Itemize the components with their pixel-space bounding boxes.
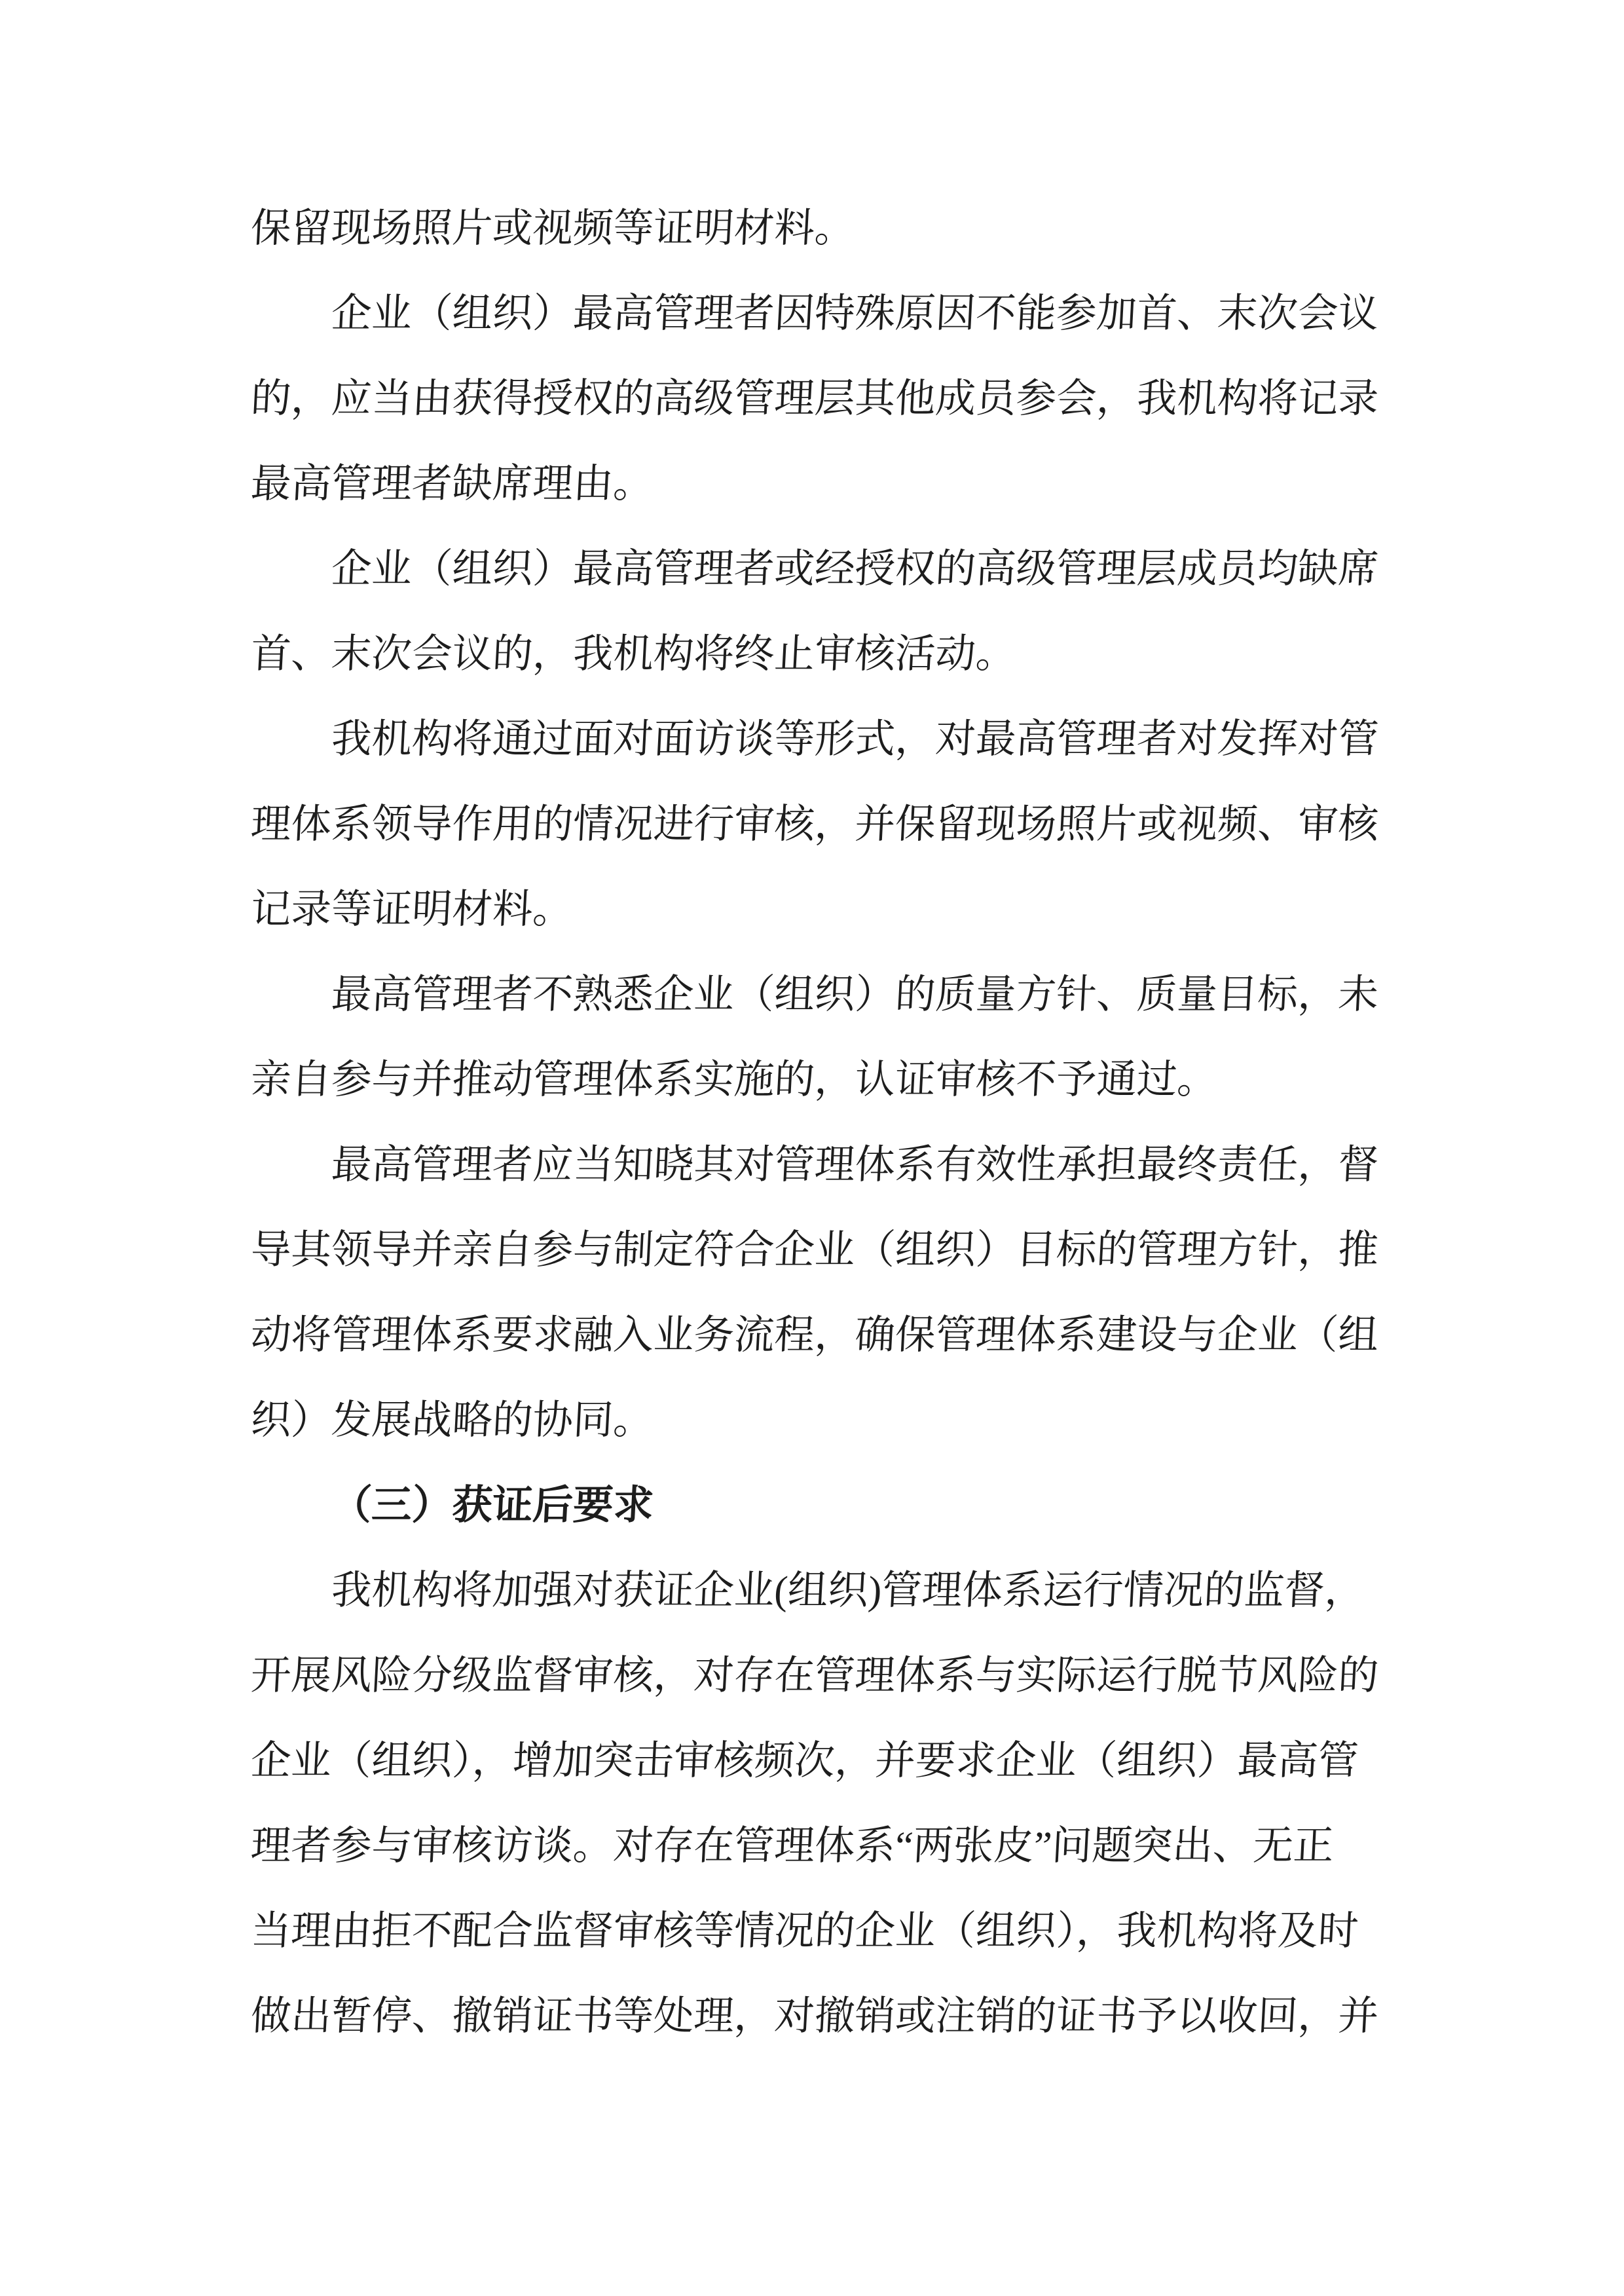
text-line: 当理由拒不配合监督审核等情况的企业（组织），我机构将及时 [249, 1889, 1386, 1974]
text-line: 首、末次会议的，我机构将终止审核活动。 [249, 612, 1386, 697]
text-line: 我机构将加强对获证企业(组织)管理体系运行情况的监督， [249, 1548, 1386, 1633]
text-line: 企业（组织）最高管理者因特殊原因不能参加首、末次会议 [249, 271, 1386, 356]
text-line: 最高管理者缺席理由。 [249, 441, 1386, 527]
text-line: 我机构将通过面对面访谈等形式，对最高管理者对发挥对管 [249, 697, 1386, 782]
text-line: 做出暂停、撤销证书等处理，对撤销或注销的证书予以收回，并 [249, 1974, 1386, 2059]
section-heading: （三）获证后要求 [249, 1463, 1386, 1548]
text-line: 的，应当由获得授权的高级管理层其他成员参会，我机构将记录 [249, 356, 1386, 441]
text-line: 理体系领导作用的情况进行审核，并保留现场照片或视频、审核 [249, 782, 1386, 867]
text-line: 保留现场照片或视频等证明材料。 [249, 186, 1386, 271]
text-line: 企业（组织），增加突击审核频次，并要求企业（组织）最高管 [249, 1718, 1386, 1804]
text-line: 导其领导并亲自参与制定符合企业（组织）目标的管理方针，推 [249, 1208, 1386, 1293]
text-line: 最高管理者应当知晓其对管理体系有效性承担最终责任，督 [249, 1122, 1386, 1208]
text-line: 开展风险分级监督审核，对存在管理体系与实际运行脱节风险的 [249, 1633, 1386, 1718]
text-line: 织）发展战略的协同。 [249, 1378, 1386, 1463]
text-line: 记录等证明材料。 [249, 867, 1386, 952]
text-line: 动将管理体系要求融入业务流程，确保管理体系建设与企业（组 [249, 1293, 1386, 1378]
text-line: 亲自参与并推动管理体系实施的，认证审核不予通过。 [249, 1037, 1386, 1122]
text-block: 保留现场照片或视频等证明材料。 企业（组织）最高管理者因特殊原因不能参加首、末次… [251, 186, 1384, 2059]
text-line: 理者参与审核访谈。对存在管理体系“两张皮”问题突出、无正 [249, 1804, 1386, 1889]
text-line: 最高管理者不熟悉企业（组织）的质量方针、质量目标，未 [249, 952, 1386, 1037]
document-page: 保留现场照片或视频等证明材料。 企业（组织）最高管理者因特殊原因不能参加首、末次… [0, 0, 1624, 2296]
text-line: 企业（组织）最高管理者或经授权的高级管理层成员均缺席 [249, 527, 1386, 612]
